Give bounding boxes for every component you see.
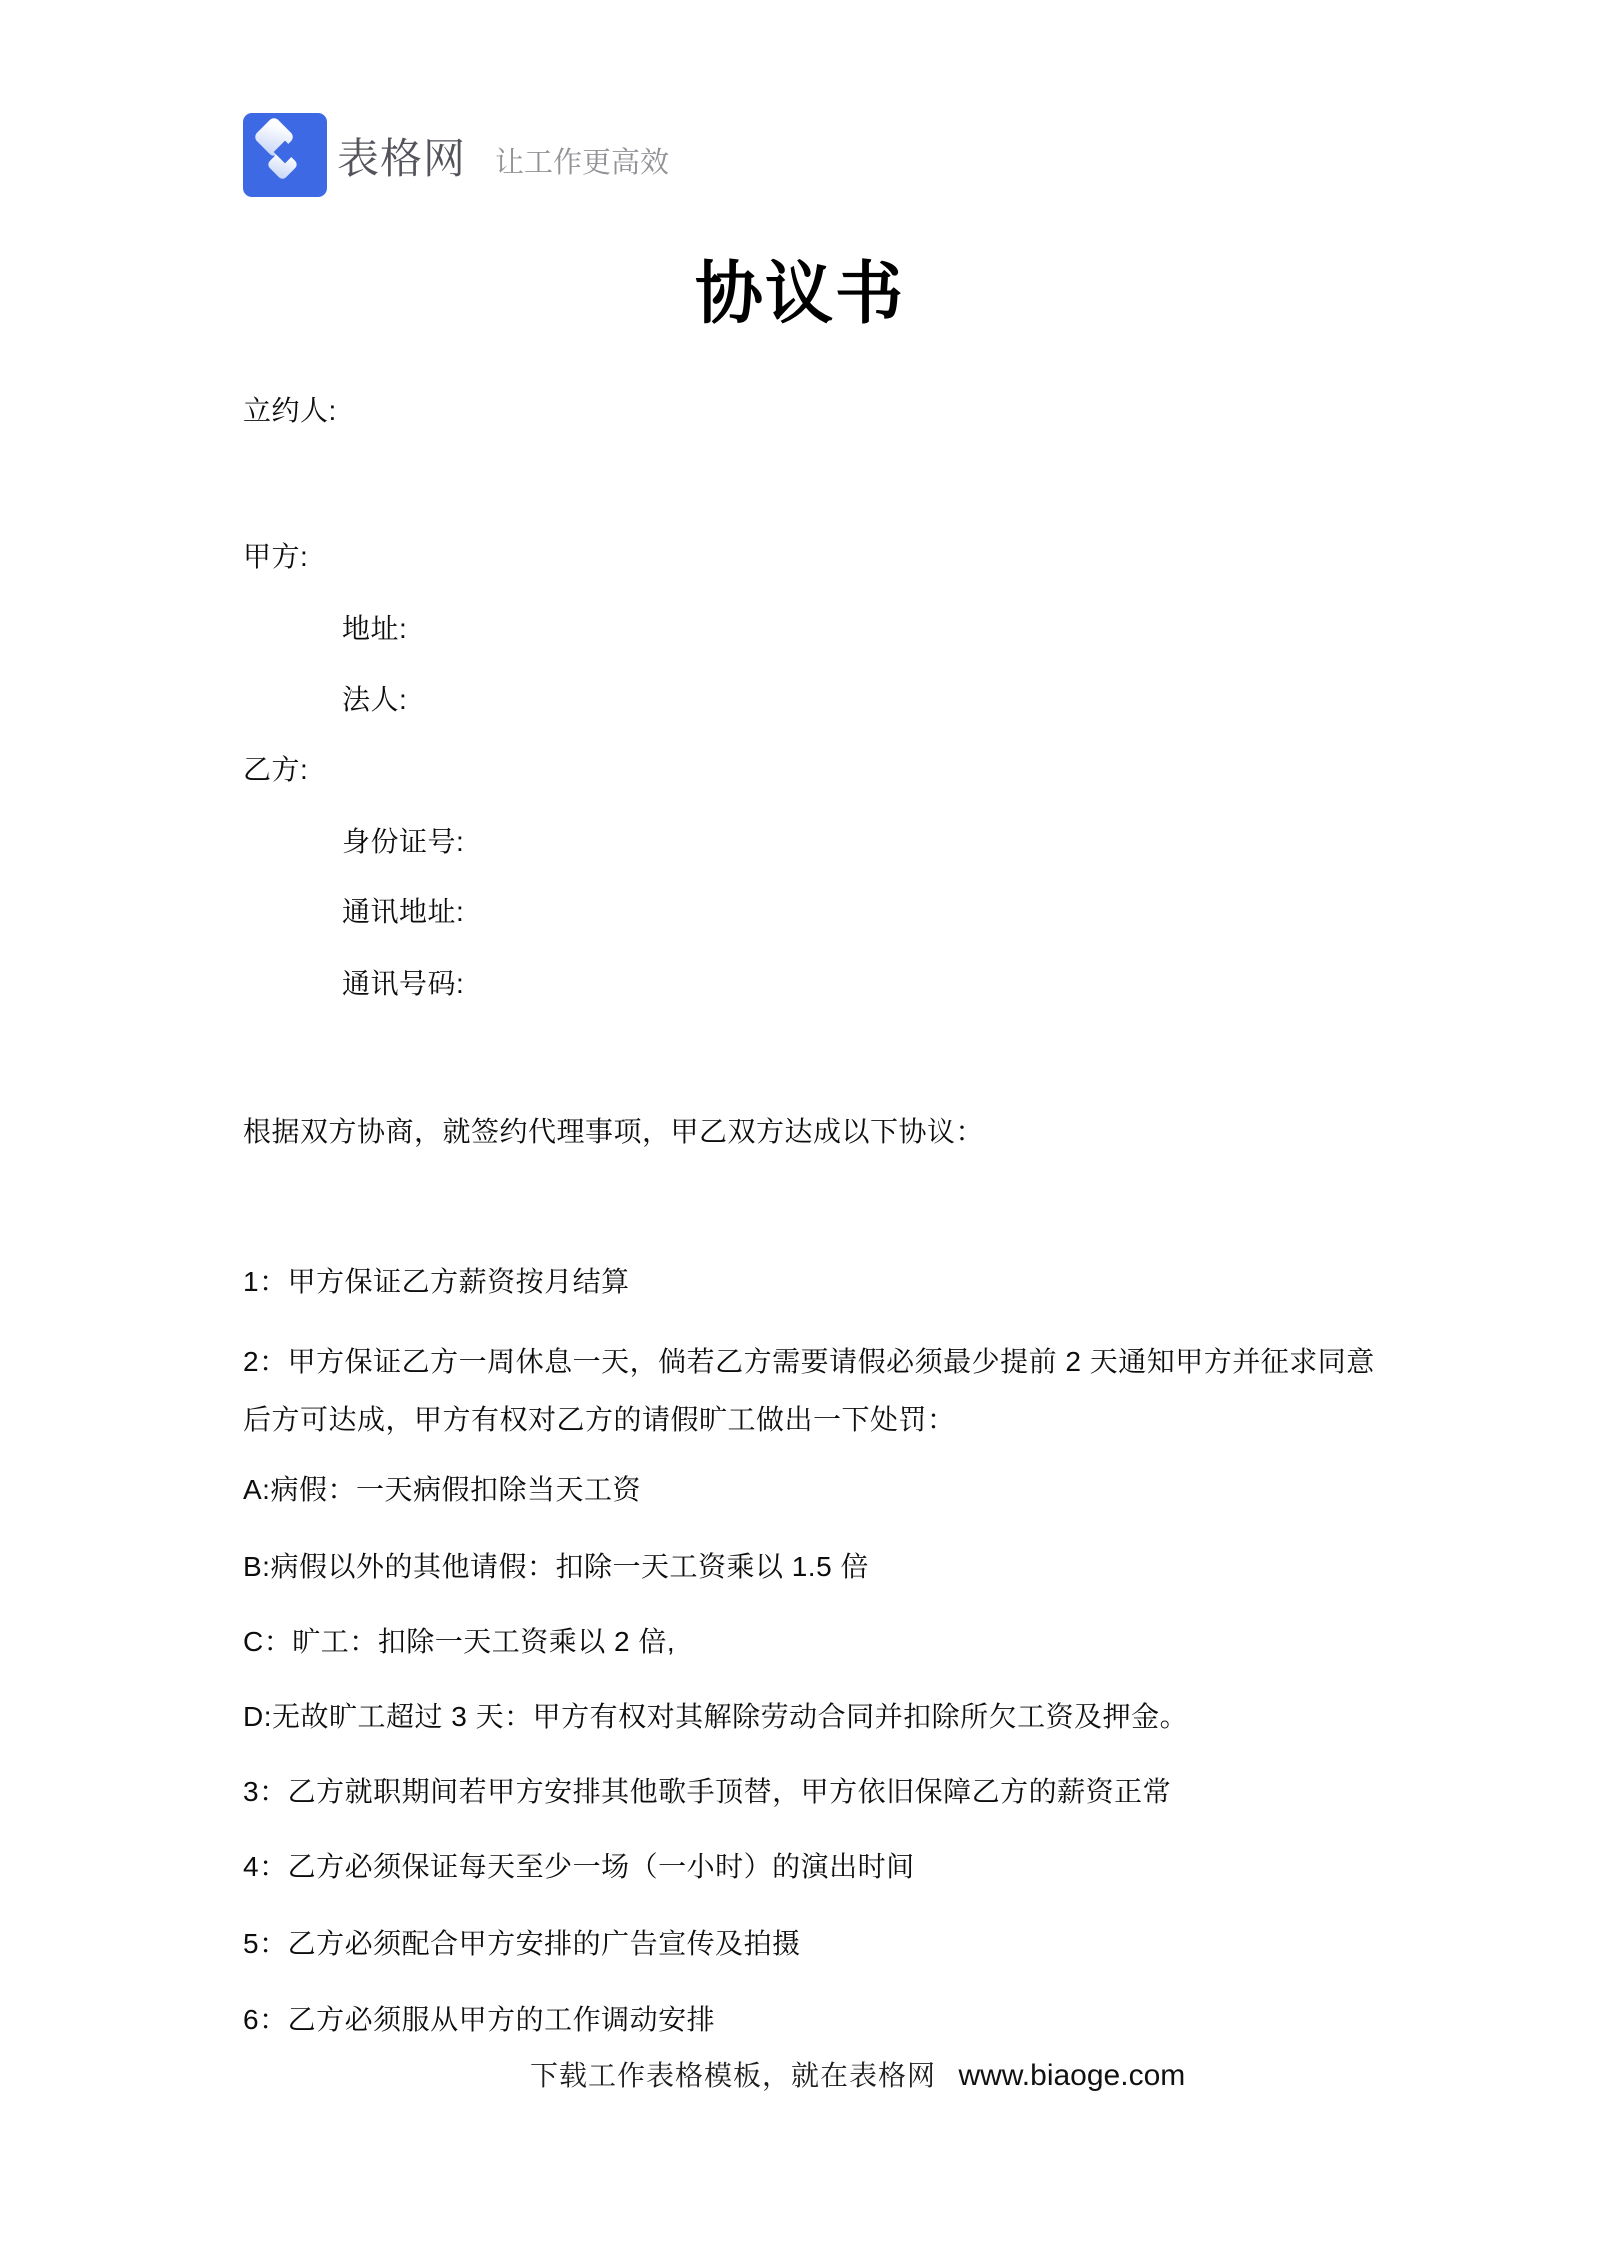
footer-slogan: 下载工作表格模板，就在表格网 (530, 2061, 936, 2092)
agreement-intro: 根据双方协商，就签约代理事项，甲乙双方达成以下协议： (243, 1114, 984, 1150)
brand-name: 表格网 (337, 138, 466, 180)
field-party-a-legal-person: 法人: (342, 682, 407, 718)
biaoge-logo-icon (243, 113, 327, 197)
page-footer: 下载工作表格模板，就在表格网 www.biaoge.com (530, 2054, 1185, 2094)
footer-url: www.biaoge.com (958, 2059, 1185, 2092)
clause-2-item-b: B:病假以外的其他请假：扣除一天工资乘以 1.5 倍 (243, 1549, 869, 1585)
brand-tagline: 让工作更高效 (495, 149, 669, 178)
clause-3: 3：乙方就职期间若甲方安排其他歌手顶替，甲方依旧保障乙方的薪资正常 (243, 1774, 1171, 1810)
field-party-b-id-number: 身份证号: (342, 824, 464, 860)
clause-1: 1：甲方保证乙方薪资按月结算 (243, 1264, 630, 1300)
document-page: 表格网 让工作更高效 协议书 立约人: 甲方: 地址: 法人: 乙方: 身份证号… (0, 0, 1600, 2262)
clause-2-line-2: 后方可达成，甲方有权对乙方的请假旷工做出一下处罚： (243, 1402, 956, 1438)
clause-2-item-d: D:无故旷工超过 3 天：甲方有权对其解除劳动合同并扣除所欠工资及押金。 (243, 1699, 1188, 1735)
clause-6: 6：乙方必须服从甲方的工作调动安排 (243, 2002, 715, 2038)
field-party-b-mailing-address: 通讯地址: (342, 894, 464, 930)
field-contracting-party: 立约人: (243, 393, 337, 429)
field-party-a-address: 地址: (342, 611, 407, 647)
clause-2-item-c: C：旷工：扣除一天工资乘以 2 倍, (243, 1624, 675, 1660)
clause-2-line-1: 2：甲方保证乙方一周休息一天，倘若乙方需要请假必须最少提前 2 天通知甲方并征求… (243, 1344, 1375, 1380)
clause-5: 5：乙方必须配合甲方安排的广告宣传及拍摄 (243, 1926, 801, 1962)
field-party-b: 乙方: (243, 752, 308, 788)
document-title: 协议书 (0, 255, 1600, 333)
clause-2-item-a: A:病假：一天病假扣除当天工资 (243, 1472, 641, 1508)
field-party-a: 甲方: (243, 539, 308, 575)
field-party-b-contact-number: 通讯号码: (342, 966, 464, 1002)
clause-4: 4：乙方必须保证每天至少一场（一小时）的演出时间 (243, 1849, 915, 1885)
